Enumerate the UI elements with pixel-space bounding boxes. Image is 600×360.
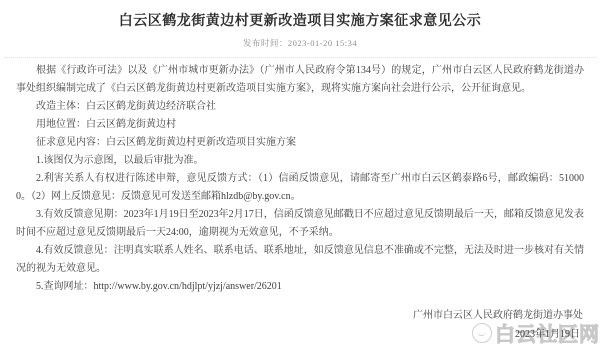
field-consultation-content: 征求意见内容：白云区鹤龙街黄边村更新改造项目实施方案 xyxy=(16,134,584,152)
note-2-feedback-methods: 2.利害关系人有权进行陈述申辩，意见反馈方式：（1）信函反馈意见，请邮寄至广州市… xyxy=(16,170,584,206)
note-1-schematic: 1.该图仅为示意图，以最后审批为准。 xyxy=(16,152,584,170)
note-4-valid-feedback: 4.有效反馈意见：注明真实联系人姓名、联系电话、联系地址，如反馈意见信息不准确或… xyxy=(16,242,584,278)
note-3-feedback-period: 3.有效反馈意见期：2023年1月19日至2023年2月17日，信函反馈意见邮戳… xyxy=(16,206,584,242)
notice-document: 白云区鹤龙街黄边村更新改造项目实施方案征求意见公示 发布时间：2023-01-2… xyxy=(0,0,600,360)
signature-block: 广州市白云区人民政府鹤龙街道办事处 2023年1月19日 xyxy=(413,306,583,344)
paragraph-legal-basis: 根据《行政许可法》以及《广州市城市更新办法》（广州市人民政府令第134号）的规定… xyxy=(16,62,584,98)
note-5-query-url: 5.查询网址：http://www.by.gov.cn/hdjlpt/yjzj/… xyxy=(16,278,584,296)
signature-agency: 广州市白云区人民政府鹤龙街道办事处 xyxy=(413,306,583,325)
field-renovation-subject: 改造主体：白云区鹤龙街黄边经济联合社 xyxy=(16,98,584,116)
signature-date: 2023年1月19日 xyxy=(413,325,583,344)
field-land-location: 用地位置：白云区鹤龙街黄边村 xyxy=(16,116,584,134)
page-title: 白云区鹤龙街黄边村更新改造项目实施方案征求意见公示 xyxy=(0,10,600,30)
notice-body: 根据《行政许可法》以及《广州市城市更新办法》（广州市人民政府令第134号）的规定… xyxy=(16,62,584,296)
header-divider xyxy=(4,57,596,58)
publish-time: 发布时间：2023-01-20 15:34 xyxy=(0,37,600,49)
